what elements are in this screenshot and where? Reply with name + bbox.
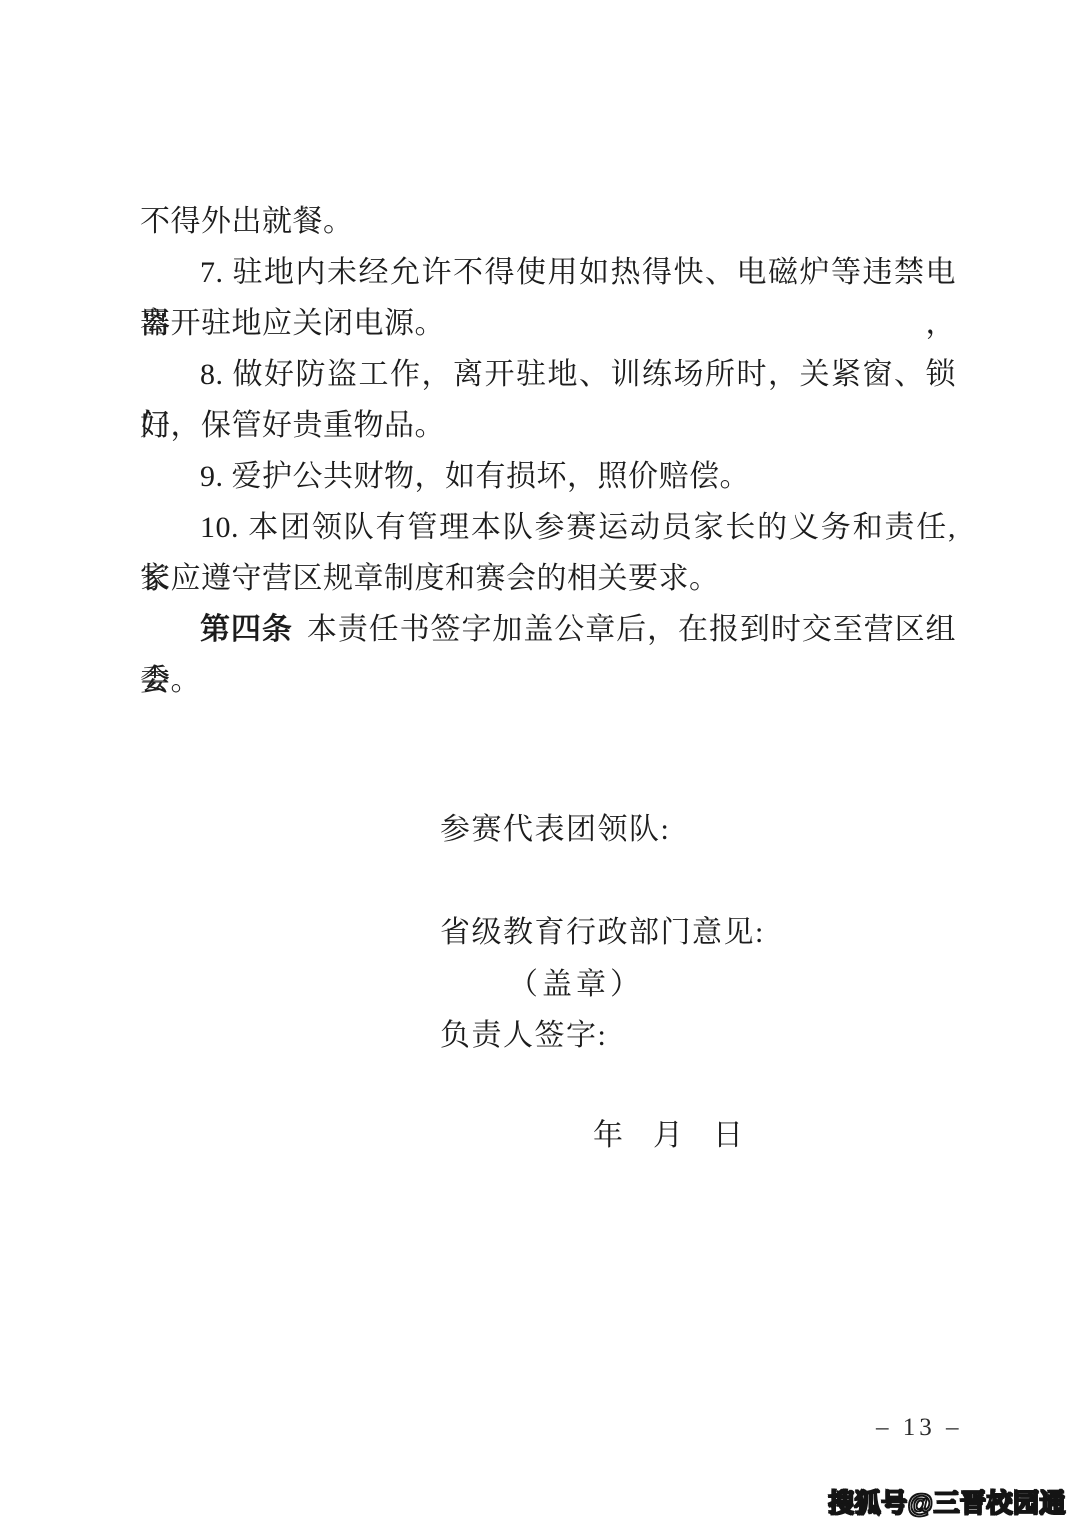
paragraph-line-item9: 9. 爱护公共财物，如有损坏，照价赔偿。 — [140, 451, 956, 502]
paragraph-line-item8-1: 8. 做好防盗工作，离开驻地、训练场所时，关紧窗、锁好 — [140, 349, 956, 400]
paragraph-line-item10-1: 10. 本团领队有管理本队参赛运动员家长的义务和责任,家 — [140, 502, 956, 553]
responsible-person-signature-label: 负责人签字: — [440, 1018, 607, 1054]
watermark: 搜狐号@三晋校园通 — [828, 1483, 1066, 1520]
document-body: 不得外出就餐。 7. 驻地内未经允许不得使用如热得快、电磁炉等违禁电器， 离开驻… — [140, 196, 956, 706]
paragraph-line-item8-2: 门，保管好贵重物品。 — [140, 400, 956, 451]
clause-label: 第四条 — [200, 613, 293, 646]
clause-line: 第四条本责任书签字加盖公章后，在报到时交至营区组委 — [140, 604, 956, 655]
clause-line-continued: 会。 — [140, 655, 956, 706]
team-leader-signature-label: 参赛代表团领队: — [440, 812, 670, 848]
provincial-opinion-label: 省级教育行政部门意见: — [440, 915, 765, 951]
document-page: 不得外出就餐。 7. 驻地内未经允许不得使用如热得快、电磁炉等违禁电器， 离开驻… — [0, 0, 1080, 1528]
date-line: 年 月 日 — [593, 1118, 743, 1154]
paragraph-line-item7-1: 7. 驻地内未经允许不得使用如热得快、电磁炉等违禁电器， — [140, 247, 956, 298]
page-number: – 13 – — [876, 1414, 963, 1442]
seal-label: （盖章） — [508, 967, 644, 1003]
paragraph-line-item10-2: 长应遵守营区规章制度和赛会的相关要求。 — [140, 553, 956, 604]
paragraph-line-intro: 不得外出就餐。 — [140, 196, 956, 247]
